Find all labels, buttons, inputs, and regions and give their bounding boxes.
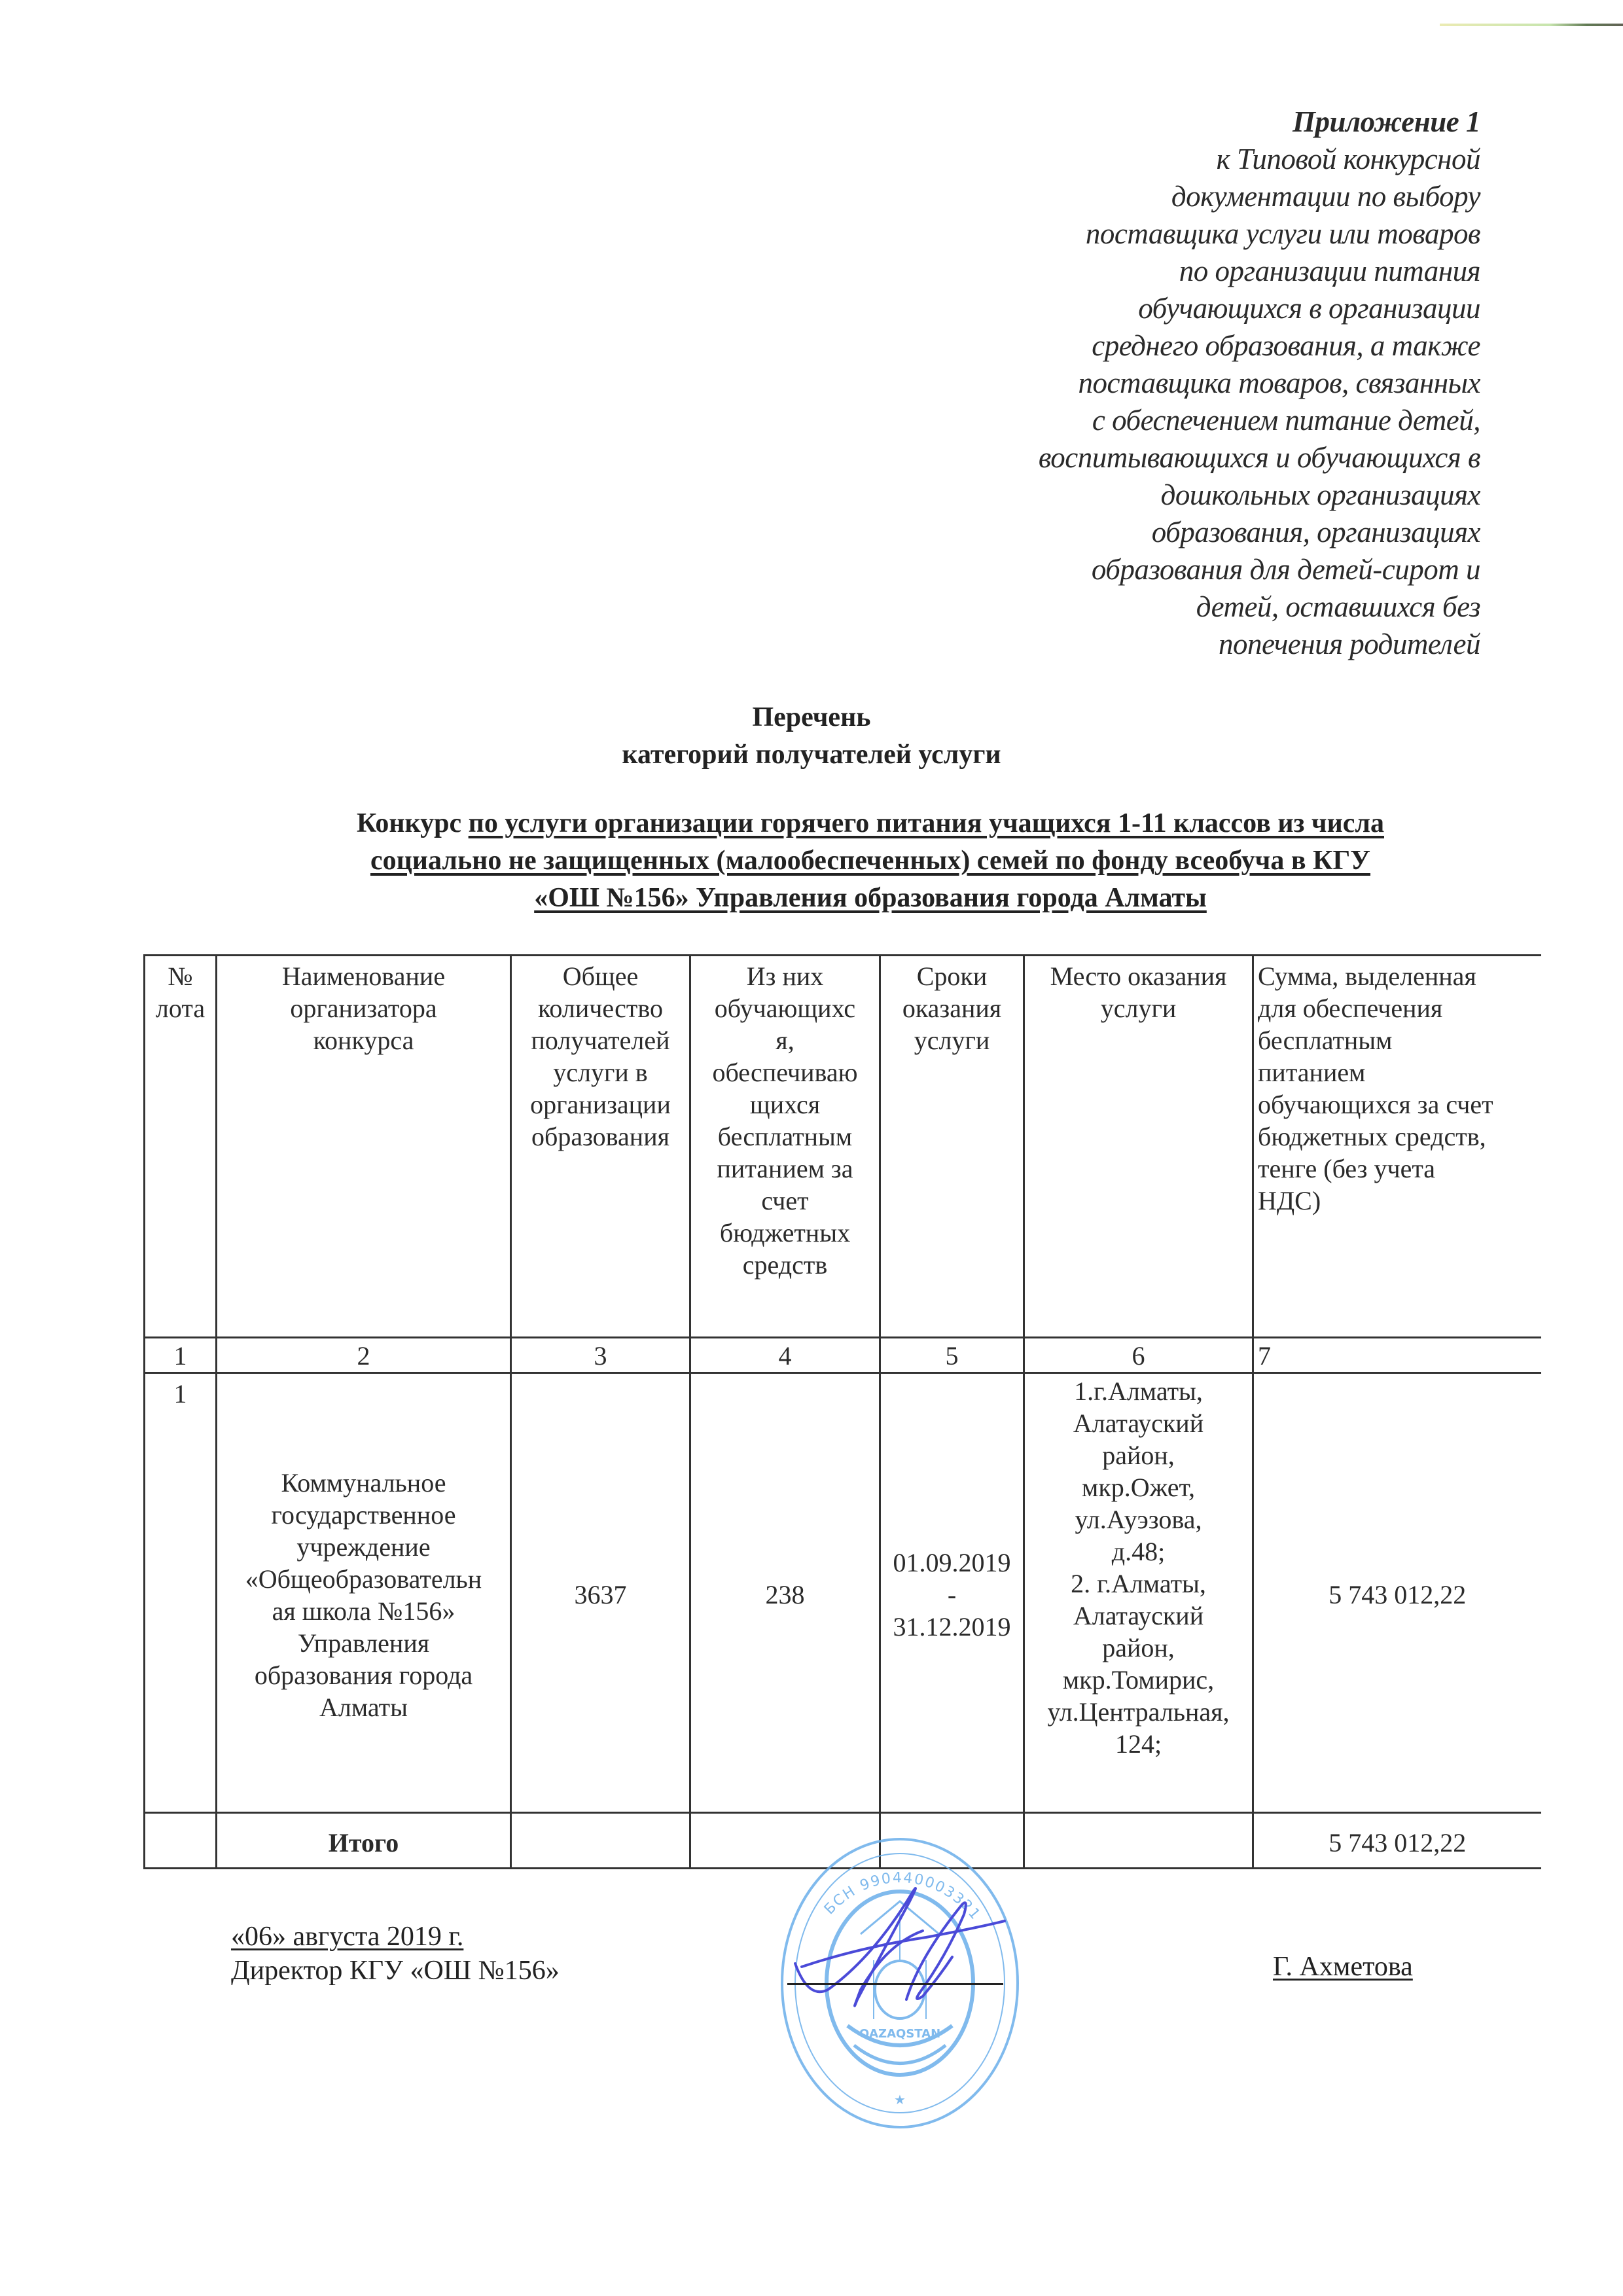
cell-text-line: Наименование: [219, 960, 508, 992]
total-empty-cell: [1024, 1813, 1253, 1869]
column-number: 1: [145, 1338, 217, 1373]
total-empty-cell: [145, 1813, 217, 1869]
cell-total-recipients: 3637: [511, 1373, 690, 1813]
cell-text-line: я,: [692, 1024, 878, 1056]
cell-text-line: питанием за: [692, 1153, 878, 1185]
cell-text-line: 31.12.2019: [882, 1611, 1022, 1643]
cell-text-line: Место оказания: [1026, 960, 1251, 992]
cell-text-line: обучающихс: [692, 992, 878, 1024]
cell-text-line: Из них: [692, 960, 878, 992]
cell-text-line: обеспечиваю: [692, 1056, 878, 1088]
signatory-name: Г. Ахметова: [1273, 1950, 1413, 1983]
cell-text-line: государственное: [219, 1499, 508, 1531]
header-location: Место оказанияуслуги: [1024, 956, 1253, 1338]
handwritten-signature-icon: [782, 1885, 1018, 2042]
cell-free-meal-students: 238: [690, 1373, 880, 1813]
total-empty-cell: [511, 1813, 690, 1869]
cell-lot-no: 1: [145, 1373, 217, 1813]
column-number: 3: [511, 1338, 690, 1373]
appendix-line: с обеспечением питание детей,: [1039, 402, 1480, 439]
appendix-line: среднего образования, а также: [1039, 327, 1480, 365]
cell-text-line: «Общеобразовательн: [219, 1563, 508, 1595]
cell-text-line: Алматы: [219, 1691, 508, 1723]
header-organizer: Наименованиеорганизатораконкурса: [217, 956, 511, 1338]
column-number: 7: [1253, 1338, 1541, 1373]
cell-text-line: мкр.Ожет,: [1026, 1471, 1251, 1503]
appendix-line: поставщика товаров, связанных: [1039, 365, 1480, 402]
header-period: Срокиоказанияуслуги: [880, 956, 1024, 1338]
signature-line: [787, 1983, 1003, 1985]
cell-text-line: щихся: [692, 1088, 878, 1121]
appendix-line: к Типовой конкурсной: [1039, 141, 1480, 178]
cell-text-line: Управления: [219, 1627, 508, 1659]
cell-text-line: НДС): [1258, 1185, 1540, 1217]
column-number: 5: [880, 1338, 1024, 1373]
cell-location: 1.г.Алматы,Алатаускийрайон,мкр.Ожет,ул.А…: [1024, 1373, 1253, 1813]
header-total-recipients: Общееколичествополучателейуслуги воргани…: [511, 956, 690, 1338]
contest-line-1: Конкурс по услуги организации горячего п…: [249, 805, 1492, 842]
contest-line-2: социально не защищенных (малообеспеченны…: [249, 842, 1492, 880]
total-amount: 5 743 012,22: [1253, 1813, 1541, 1869]
cell-text-line: -: [882, 1579, 1022, 1611]
header-lot-no: №лота: [145, 956, 217, 1338]
scan-artifact: [1440, 24, 1623, 26]
table-header-row: №лота Наименованиеорганизатораконкурса О…: [145, 956, 1541, 1338]
cell-text-line: для обеспечения: [1258, 992, 1540, 1024]
cell-text-line: Сумма, выделенная: [1258, 960, 1540, 992]
cell-text-line: бесплатным: [692, 1121, 878, 1153]
appendix-line: документации по выбору: [1039, 178, 1480, 215]
appendix-line: детей, оставшихся без: [1039, 588, 1480, 626]
cell-period: 01.09.2019-31.12.2019: [880, 1373, 1024, 1813]
table-row: 1 Коммунальноегосударственноеучреждение«…: [145, 1373, 1541, 1813]
cell-text-line: лота: [147, 992, 214, 1024]
cell-text-line: обучающихся за счет: [1258, 1088, 1540, 1121]
document-title: Перечень категорий получателей услуги: [0, 699, 1623, 774]
cell-text-line: 1.г.Алматы,: [1026, 1375, 1251, 1407]
contest-description: Конкурс по услуги организации горячего п…: [249, 805, 1492, 917]
appendix-line: воспитывающихся и обучающихся в: [1039, 439, 1480, 476]
column-number: 2: [217, 1338, 511, 1373]
cell-text-line: питанием: [1258, 1056, 1540, 1088]
cell-text-line: Сроки: [882, 960, 1022, 992]
appendix-block: Приложение 1 к Типовой конкурсной докуме…: [1039, 103, 1480, 663]
appendix-line: обучающихся в организации: [1039, 290, 1480, 327]
contest-underlined-3: «ОШ №156» Управления образования города …: [534, 883, 1207, 913]
cell-text-line: ул.Центральная,: [1026, 1696, 1251, 1728]
cell-text-line: д.48;: [1026, 1535, 1251, 1568]
cell-text-line: район,: [1026, 1439, 1251, 1471]
cell-text-line: услуги: [1026, 992, 1251, 1024]
cell-text-line: бюджетных средств,: [1258, 1121, 1540, 1153]
cell-text-line: учреждение: [219, 1531, 508, 1563]
cell-text-line: организатора: [219, 992, 508, 1024]
contest-line-3: «ОШ №156» Управления образования города …: [249, 880, 1492, 917]
title-line-2: категорий получателей услуги: [0, 736, 1623, 774]
cell-text-line: получателей: [513, 1024, 688, 1056]
cell-text-line: средств: [692, 1249, 878, 1281]
cell-text-line: бюджетных: [692, 1217, 878, 1249]
appendix-line: по организации питания: [1039, 253, 1480, 290]
cell-text-line: Алатауский: [1026, 1600, 1251, 1632]
appendix-line: образования для детей-сирот и: [1039, 551, 1480, 588]
header-free-meal-students: Из нихобучающихся,обеспечивающихсябеспла…: [690, 956, 880, 1338]
appendix-line: образования, организациях: [1039, 514, 1480, 551]
cell-text-line: ул.Ауэзова,: [1026, 1503, 1251, 1535]
total-label: Итого: [217, 1813, 511, 1869]
column-number: 6: [1024, 1338, 1253, 1373]
appendix-line: попечения родителей: [1039, 626, 1480, 663]
cell-organizer: Коммунальноегосударственноеучреждение«Об…: [217, 1373, 511, 1813]
lots-table-wrapper: №лота Наименованиеорганизатораконкурса О…: [143, 954, 1541, 1869]
cell-text-line: образования города: [219, 1659, 508, 1691]
cell-text-line: услуги: [882, 1024, 1022, 1056]
cell-text-line: мкр.Томирис,: [1026, 1664, 1251, 1696]
cell-text-line: конкурса: [219, 1024, 508, 1056]
cell-text-line: ая школа №156»: [219, 1595, 508, 1627]
cell-text-line: услуги в: [513, 1056, 688, 1088]
appendix-line: дошкольных организациях: [1039, 476, 1480, 514]
signatory-role: Директор КГУ «ОШ №156»: [231, 1954, 560, 1987]
column-number: 4: [690, 1338, 880, 1373]
title-line-1: Перечень: [0, 699, 1623, 736]
cell-text-line: Коммунальное: [219, 1467, 508, 1499]
cell-amount: 5 743 012,22: [1253, 1373, 1541, 1813]
cell-text-line: 2. г.Алматы,: [1026, 1568, 1251, 1600]
column-number-row: 1 2 3 4 5 6 7: [145, 1338, 1541, 1373]
cell-text-line: Алатауский: [1026, 1407, 1251, 1439]
cell-text-line: бесплатным: [1258, 1024, 1540, 1056]
cell-text-line: количество: [513, 992, 688, 1024]
cell-text-line: №: [147, 960, 214, 992]
cell-text-line: тенге (без учета: [1258, 1153, 1540, 1185]
contest-underlined-2: социально не защищенных (малообеспеченны…: [370, 846, 1370, 876]
cell-text-line: счет: [692, 1185, 878, 1217]
signature-date: «06» августа 2019 г.: [231, 1920, 463, 1953]
cell-text-line: образования: [513, 1121, 688, 1153]
cell-text-line: 01.09.2019: [882, 1547, 1022, 1579]
contest-prefix: Конкурс: [357, 808, 469, 838]
appendix-title: Приложение 1: [1039, 103, 1480, 141]
svg-text:★: ★: [894, 2093, 906, 2108]
contest-underlined-1: по услуги организации горячего питания у…: [469, 808, 1384, 838]
cell-text-line: оказания: [882, 992, 1022, 1024]
cell-text-line: район,: [1026, 1632, 1251, 1664]
cell-text-line: Общее: [513, 960, 688, 992]
lots-table: №лота Наименованиеорганизатораконкурса О…: [143, 954, 1541, 1869]
appendix-line: поставщика услуги или товаров: [1039, 215, 1480, 253]
cell-text-line: 124;: [1026, 1728, 1251, 1760]
cell-text-line: организации: [513, 1088, 688, 1121]
header-amount: Сумма, выделеннаядля обеспечениябесплатн…: [1253, 956, 1541, 1338]
